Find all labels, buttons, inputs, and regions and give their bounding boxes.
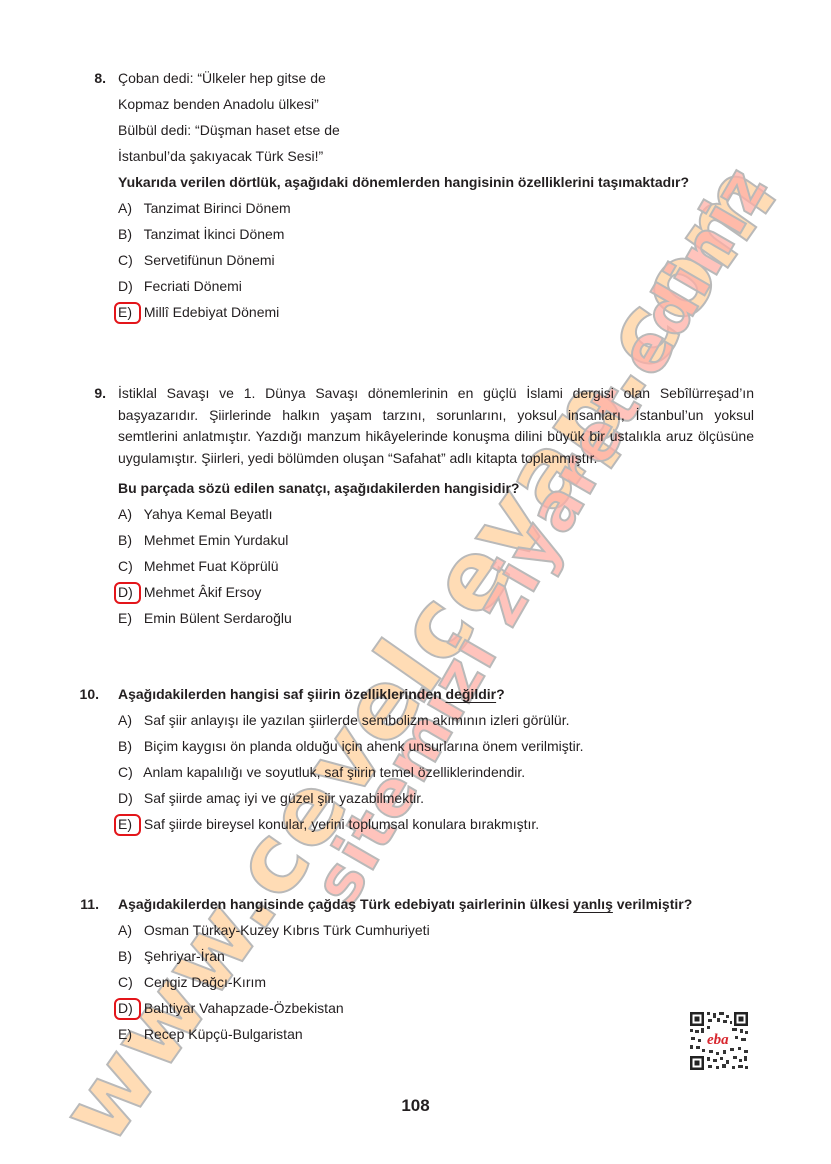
option-letter: A)	[118, 501, 140, 527]
option-text: Servetifünun Dönemi	[144, 252, 275, 268]
option-letter: C)	[118, 553, 140, 579]
verse-line: İstanbul’da şakıyacak Türk Sesi!”	[118, 143, 754, 169]
option-c[interactable]: C) Anlam kapalılığı ve soyutluk, saf şii…	[118, 759, 754, 785]
option-letter: B)	[118, 943, 140, 969]
option-text: Mehmet Âkif Ersoy	[144, 584, 261, 600]
option-b[interactable]: B) Mehmet Emin Yurdakul	[118, 527, 754, 553]
option-text: Şehriyar-İran	[144, 948, 225, 964]
option-letter: A)	[118, 195, 140, 221]
option-e[interactable]: E) Recep Küpçü-Bulgaristan	[118, 1021, 784, 1047]
textbook-page: www.cevelcevap.com sitemizi ziyaret edin…	[0, 0, 831, 1164]
option-c[interactable]: C) Cengiz Dağcı-Kırım	[118, 969, 784, 995]
option-c[interactable]: C) Mehmet Fuat Köprülü	[118, 553, 754, 579]
option-text: Cengiz Dağcı-Kırım	[144, 974, 266, 990]
option-a[interactable]: A) Tanzimat Birinci Dönem	[118, 195, 754, 221]
option-d[interactable]: D) Bahtiyar Vahapzade-Özbekistan	[118, 995, 784, 1021]
stem-text: Aşağıdakilerden hangisi saf şiirin özell…	[118, 686, 446, 702]
verse-line: Çoban dedi: “Ülkeler hep gitse de	[118, 65, 754, 91]
option-b[interactable]: B) Tanzimat İkinci Dönem	[118, 221, 754, 247]
option-text: Saf şiirde amaç iyi ve güzel şiir yazabi…	[144, 790, 424, 806]
option-d[interactable]: D) Fecriati Dönemi	[118, 273, 754, 299]
page-content: 8. Çoban dedi: “Ülkeler hep gitse de Kop…	[0, 0, 831, 1164]
option-letter: D)	[118, 273, 140, 299]
question-11: 11. Aşağıdakilerden hangisinde çağdaş Tü…	[104, 891, 784, 1047]
stem-emphasis: yanlış	[573, 896, 613, 912]
option-letter: B)	[118, 221, 140, 247]
option-text: Osman Türkay-Kuzey Kıbrıs Türk Cumhuriye…	[144, 922, 430, 938]
question-number: 9.	[82, 383, 106, 405]
option-text: Tanzimat Birinci Dönem	[144, 200, 291, 216]
option-d[interactable]: D) Saf şiirde amaç iyi ve güzel şiir yaz…	[118, 785, 754, 811]
question-stem: Bu parçada sözü edilen sanatçı, aşağıdak…	[118, 475, 754, 501]
option-a[interactable]: A) Osman Türkay-Kuzey Kıbrıs Türk Cumhur…	[118, 917, 784, 943]
option-letter: B)	[118, 733, 140, 759]
stem-text: verilmiştir?	[613, 896, 692, 912]
option-text: Millî Edebiyat Dönemi	[144, 304, 279, 320]
option-text: Tanzimat İkinci Dönem	[144, 226, 285, 242]
option-letter: E)	[118, 1021, 140, 1047]
option-e[interactable]: E) Emin Bülent Serdaroğlu	[118, 605, 754, 631]
option-letter: D)	[118, 785, 140, 811]
verse-line: Kopmaz benden Anadolu ülkesi”	[118, 91, 754, 117]
option-d[interactable]: D) Mehmet Âkif Ersoy	[118, 579, 754, 605]
question-8: 8. Çoban dedi: “Ülkeler hep gitse de Kop…	[104, 65, 754, 325]
option-e[interactable]: E) Saf şiirde bireysel konular, yerini t…	[118, 811, 754, 837]
page-number: 108	[0, 1096, 831, 1116]
question-number: 10.	[75, 681, 99, 707]
option-letter: C)	[118, 247, 140, 273]
option-text: Biçim kaygısı ön planda olduğu için ahen…	[144, 738, 584, 754]
question-number: 11.	[75, 891, 99, 917]
option-text: Anlam kapalılığı ve soyutluk, saf şiirin…	[143, 764, 525, 780]
option-text: Emin Bülent Serdaroğlu	[144, 610, 292, 626]
option-b[interactable]: B) Şehriyar-İran	[118, 943, 784, 969]
option-text: Saf şiir anlayışı ile yazılan şiirlerde …	[144, 712, 570, 728]
question-number: 8.	[82, 65, 106, 91]
answer-mark-circle: D)	[118, 995, 140, 1021]
stem-emphasis: değildir	[446, 686, 497, 702]
option-text: Bahtiyar Vahapzade-Özbekistan	[144, 1000, 344, 1016]
eba-logo: eba	[705, 1032, 731, 1048]
answer-mark-circle: E)	[118, 811, 140, 837]
option-text: Mehmet Fuat Köprülü	[144, 558, 279, 574]
option-e[interactable]: E) Millî Edebiyat Dönemi	[118, 299, 754, 325]
answer-mark-circle: D)	[118, 579, 140, 605]
option-text: Recep Küpçü-Bulgaristan	[144, 1026, 303, 1042]
option-text: Fecriati Dönemi	[144, 278, 242, 294]
option-letter: E)	[118, 605, 140, 631]
option-c[interactable]: C) Servetifünun Dönemi	[118, 247, 754, 273]
option-letter: B)	[118, 527, 140, 553]
option-text: Yahya Kemal Beyatlı	[144, 506, 273, 522]
question-9: 9. İstiklal Savaşı ve 1. Dünya Savaşı dö…	[104, 383, 754, 631]
qr-code-icon[interactable]: eba	[688, 1010, 750, 1072]
question-passage: İstiklal Savaşı ve 1. Dünya Savaşı dönem…	[118, 383, 754, 469]
option-letter: A)	[118, 917, 140, 943]
question-10: 10. Aşağıdakilerden hangisi saf şiirin ö…	[104, 681, 754, 837]
option-b[interactable]: B) Biçim kaygısı ön planda olduğu için a…	[118, 733, 754, 759]
option-text: Saf şiirde bireysel konular, yerini topl…	[144, 816, 539, 832]
option-a[interactable]: A) Saf şiir anlayışı ile yazılan şiirler…	[118, 707, 754, 733]
option-letter: C)	[118, 969, 140, 995]
stem-text: ?	[496, 686, 505, 702]
answer-mark-circle: E)	[118, 299, 140, 325]
stem-text: Aşağıdakilerden hangisinde çağdaş Türk e…	[118, 896, 573, 912]
option-text: Mehmet Emin Yurdakul	[144, 532, 288, 548]
question-stem: Aşağıdakilerden hangisinde çağdaş Türk e…	[118, 891, 784, 917]
question-stem: Yukarıda verilen dörtlük, aşağıdaki döne…	[118, 169, 754, 195]
option-letter: C)	[118, 759, 140, 785]
verse-line: Bülbül dedi: “Düşman haset etse de	[118, 117, 754, 143]
option-a[interactable]: A) Yahya Kemal Beyatlı	[118, 501, 754, 527]
option-letter: A)	[118, 707, 140, 733]
question-stem: Aşağıdakilerden hangisi saf şiirin özell…	[118, 681, 754, 707]
